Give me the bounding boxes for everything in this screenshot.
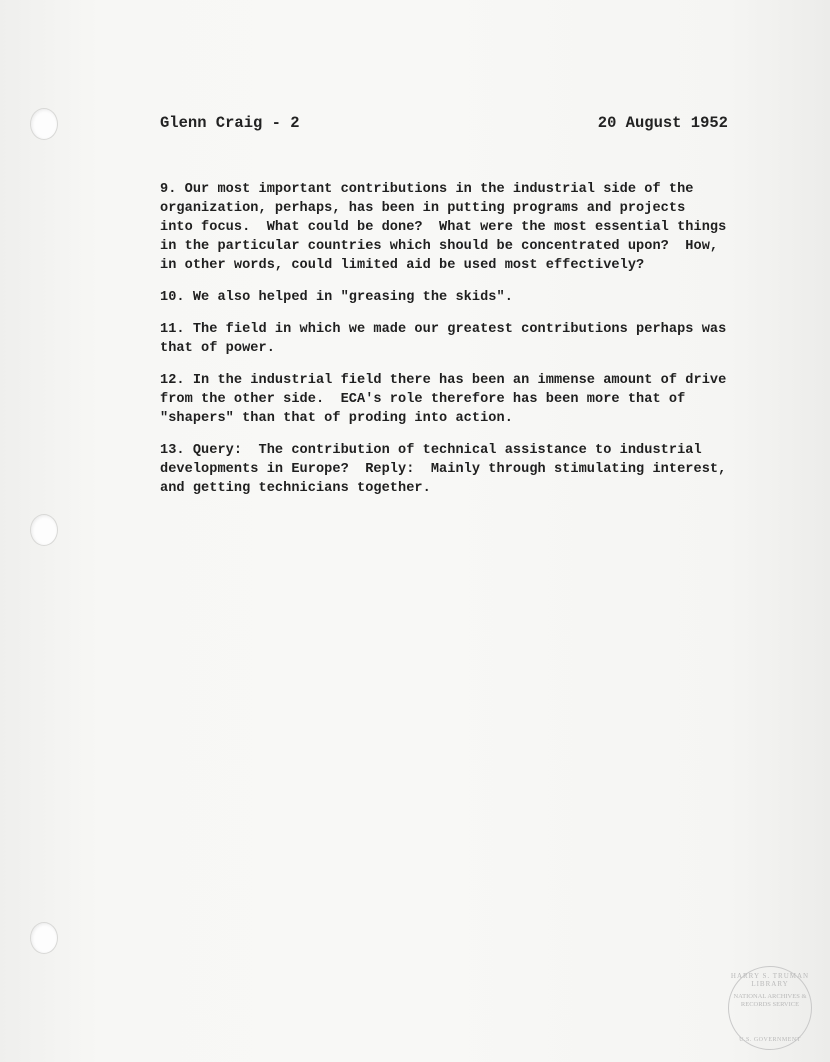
- paragraph-13: 13. Query: The contribution of technical…: [160, 441, 760, 498]
- paragraph-10: 10. We also helped in "greasing the skid…: [160, 288, 760, 307]
- paragraph-11: 11. The field in which we made our great…: [160, 320, 760, 358]
- document-page: Glenn Craig - 2 20 August 1952 9. Our mo…: [0, 0, 830, 1062]
- punch-hole-top: [30, 108, 58, 140]
- stamp-ring-bottom: U.S. GOVERNMENT: [729, 1037, 811, 1043]
- paragraph-9: 9. Our most important contributions in t…: [160, 180, 760, 275]
- archive-stamp: HARRY S. TRUMAN LIBRARY NATIONAL ARCHIVE…: [728, 966, 812, 1050]
- header-recipient-page: Glenn Craig - 2: [160, 114, 300, 132]
- header-date: 20 August 1952: [598, 114, 728, 132]
- punch-hole-middle: [30, 514, 58, 546]
- stamp-ring-top: HARRY S. TRUMAN LIBRARY: [729, 972, 811, 988]
- memo-body: 9. Our most important contributions in t…: [160, 180, 760, 511]
- stamp-center: NATIONAL ARCHIVES & RECORDS SERVICE: [729, 993, 811, 1009]
- paragraph-12: 12. In the industrial field there has be…: [160, 371, 760, 428]
- punch-hole-bottom: [30, 922, 58, 954]
